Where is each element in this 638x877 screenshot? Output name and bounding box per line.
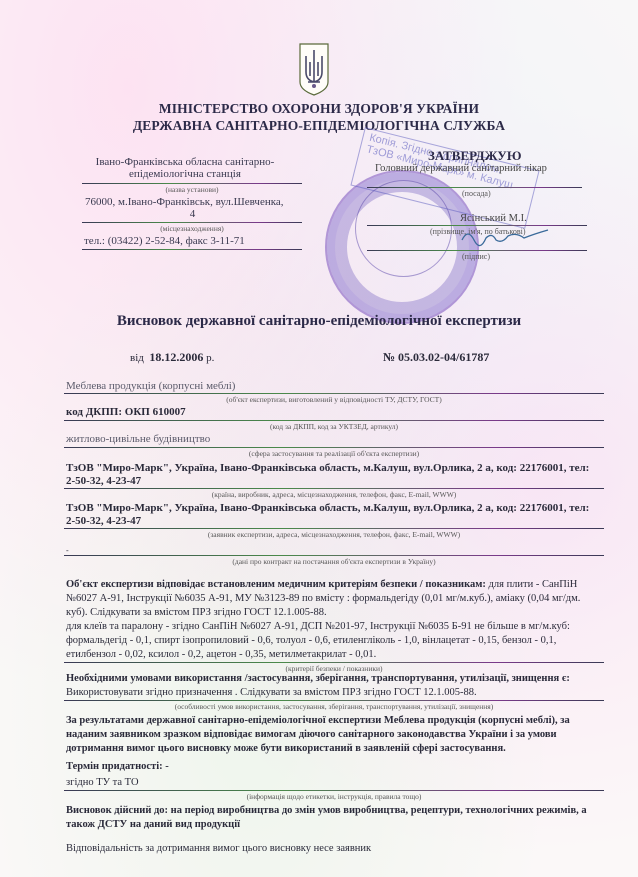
scope-caption: (сфера застосування та реалізації об'єкт… <box>64 449 604 458</box>
approver-name: Ясінський М.І. <box>460 213 527 224</box>
institution-name-caption: (назва установи) <box>82 185 302 194</box>
product-code: код ДКПП: ОКП 610007 <box>66 406 600 419</box>
approval-role: Головний державний санітарний лікар <box>375 163 547 174</box>
institution-name: Івано-Франківська обласна санітарно- епі… <box>80 156 290 180</box>
signature <box>460 226 550 248</box>
manufacturer: ТзОВ "Миро-Марк", Україна, Івано-Франків… <box>66 462 600 488</box>
position-caption: (посада) <box>462 189 491 198</box>
expertise-object-caption: (об'єкт експертизи, виготовлений у відпо… <box>64 395 604 404</box>
shelf-life-label: Термін придатності: - <box>66 760 600 774</box>
address-caption: (місцезнаходження) <box>82 224 302 233</box>
approval-title: ЗАТВЕРДЖУЮ <box>428 148 521 164</box>
criteria-glue: для клеїв та паралону - згідно СанПіН №6… <box>66 620 600 662</box>
shelf-life-value: згідно ТУ та ТО <box>66 776 600 790</box>
date-suffix: р. <box>206 352 214 364</box>
date-prefix: від <box>130 352 144 364</box>
applicant-caption: (заявник експертизи, адреса, місцезнаход… <box>64 530 604 539</box>
institution-address: 76000, м.Івано-Франківськ, вул.Шевченка,… <box>85 196 300 220</box>
address-line1: 76000, м.Івано-Франківськ, вул.Шевченка, <box>85 196 300 208</box>
conclusion: За результатами державної санітарно-епід… <box>66 714 600 756</box>
shelf-life-caption: (інформація щодо етикетки, інструкція, п… <box>64 792 604 801</box>
institution-phone: тел.: (03422) 2-52-84, факс 3-11-71 <box>84 235 304 247</box>
conditions-text: Використовувати згідно призначення . Слі… <box>66 686 600 700</box>
document-number: № 05.03.02-04/61787 <box>383 350 489 365</box>
trident-emblem-icon <box>298 42 330 96</box>
conditions-caption: (особливості умов використання, застосув… <box>64 702 604 711</box>
conditions-lead: Необхідними умовами використання /застос… <box>66 672 600 686</box>
ministry-name: МІНІСТЕРСТВО ОХОРОНИ ЗДОРОВ'Я УКРАЇНИ <box>0 101 638 117</box>
document-title: Висновок державної санітарно-епідеміолог… <box>0 313 638 330</box>
product-code-caption: (код за ДКПП, код за УКТЗЕД, артикул) <box>64 422 604 431</box>
date-value: 18.12.2006 <box>149 350 203 364</box>
address-line2: 4 <box>85 208 300 220</box>
service-name: ДЕРЖАВНА САНІТАРНО-ЕПІДЕМІОЛОГІЧНА СЛУЖБ… <box>0 118 638 134</box>
institution-name-line1: Івано-Франківська обласна санітарно- <box>80 156 290 168</box>
manufacturer-caption: (країна, виробник, адреса, місцезнаходже… <box>64 490 604 499</box>
responsibility: Відповідальність за дотримання вимог цьо… <box>66 842 600 856</box>
signature-caption: (підпис) <box>462 252 490 261</box>
contract-caption: (дані про контракт на постачання об'єкта… <box>64 557 604 566</box>
institution-name-line2: епідеміологічна станція <box>80 168 290 180</box>
safety-criteria: Об'єкт експертизи відповідає встановлени… <box>66 578 600 620</box>
validity: Висновок дійсний до: на період виробницт… <box>66 804 600 832</box>
criteria-lead: Об'єкт експертизи відповідає встановлени… <box>66 579 486 590</box>
expertise-object: Меблева продукція (корпусні меблі) <box>66 380 600 393</box>
document-date: від 18.12.2006 р. <box>130 350 214 365</box>
scope-of-use: житлово-цивільне будівництво <box>66 433 600 446</box>
applicant: ТзОВ "Миро-Марк", Україна, Івано-Франків… <box>66 502 600 528</box>
